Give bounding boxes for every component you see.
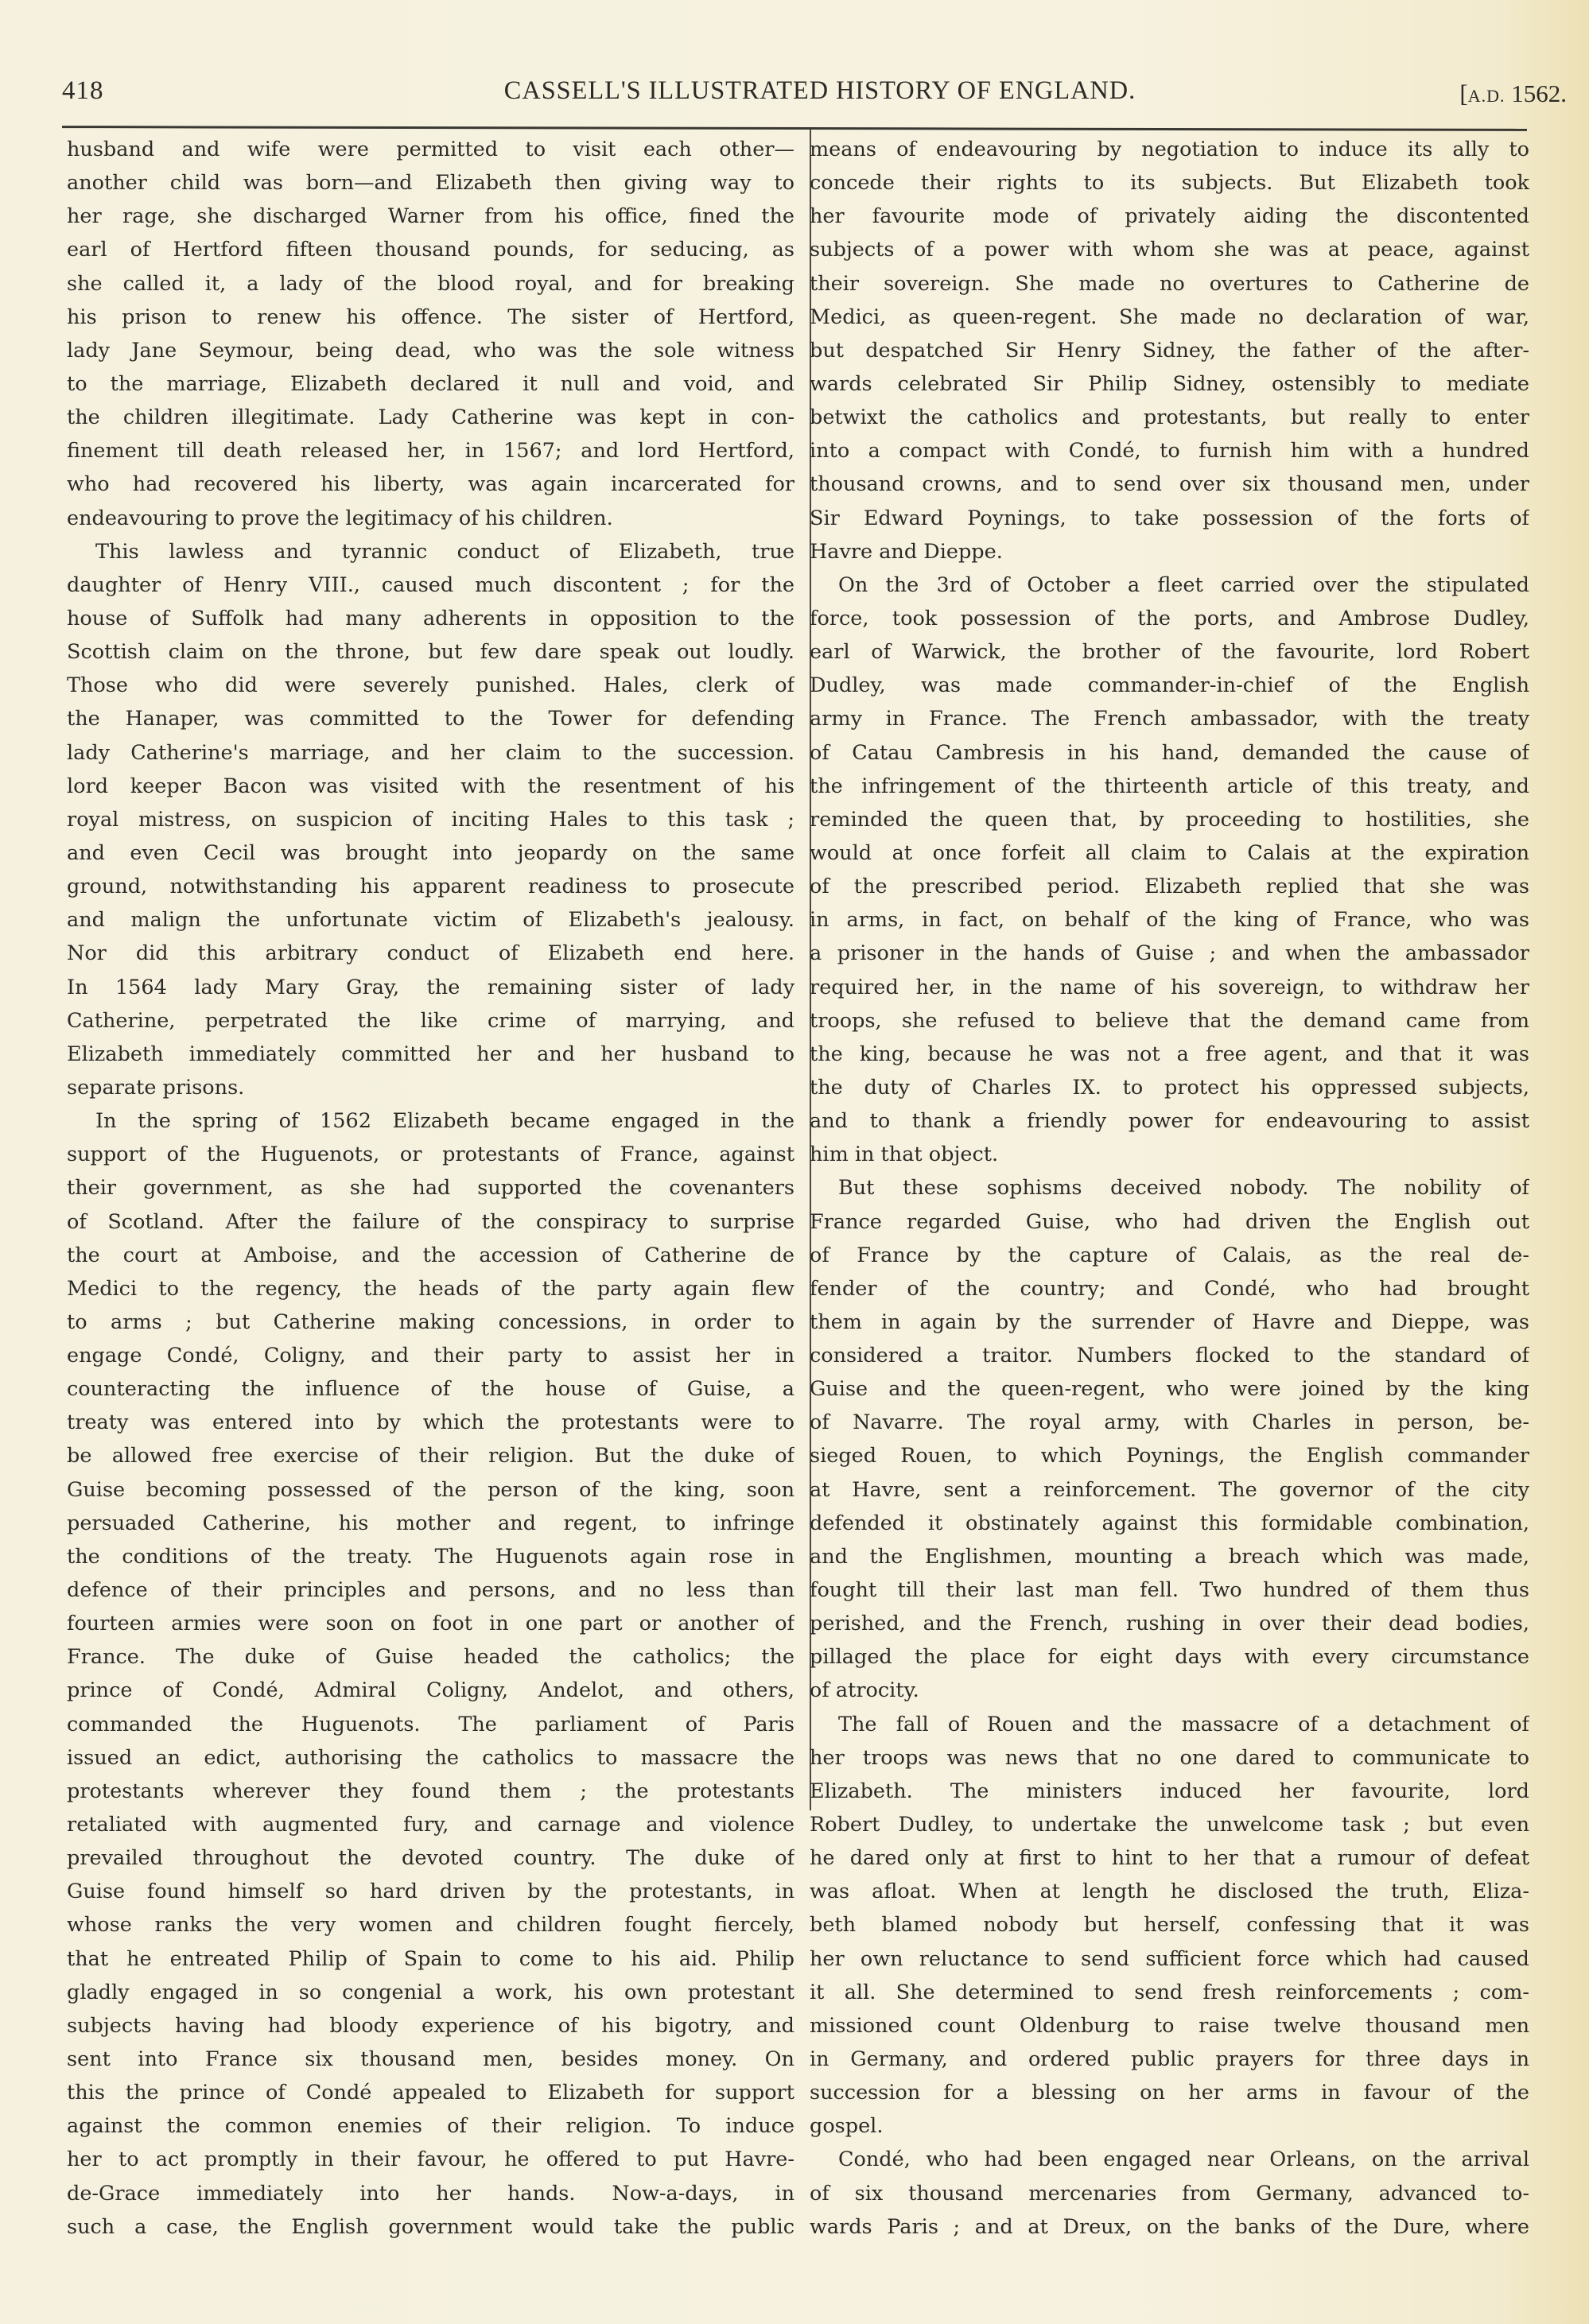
text-line: This lawless and tyrannic conduct of Eli… [67, 535, 794, 568]
text-line: their sovereign. She made no overtures t… [810, 267, 1529, 301]
text-line: the conditions of the treaty. The Huguen… [67, 1540, 794, 1573]
text-line: a prisoner in the hands of Guise ; and w… [810, 937, 1529, 970]
text-line: subjects having had bloody experience of… [67, 2009, 794, 2043]
text-line: separate prisons. [67, 1071, 794, 1104]
left-column: husband and wife were permitted to visit… [67, 133, 794, 2244]
text-line: protestants wherever they found them ; t… [67, 1775, 794, 1808]
text-line: another child was born—and Elizabeth the… [67, 166, 794, 200]
text-line: ground, notwithstanding his apparent rea… [67, 870, 794, 903]
text-line: the children illegitimate. Lady Catherin… [67, 401, 794, 434]
text-line: defence of their principles and persons,… [67, 1573, 794, 1607]
text-line: Elizabeth immediately committed her and … [67, 1038, 794, 1071]
text-line: at Havre, sent a reinforcement. The gove… [810, 1473, 1529, 1507]
text-line: army in France. The French ambassador, w… [810, 702, 1529, 735]
text-line: it all. She determined to send fresh rei… [810, 1976, 1529, 2009]
text-line: of France by the capture of Calais, as t… [810, 1239, 1529, 1272]
text-line: earl of Warwick, the brother of the favo… [810, 635, 1529, 669]
text-line: beth blamed nobody but herself, confessi… [810, 1908, 1529, 1942]
text-line: in arms, in fact, on behalf of the king … [810, 903, 1529, 937]
date-tag: [A.D. 1562. [1459, 80, 1567, 108]
text-line: gladly engaged in so congenial a work, h… [67, 1976, 794, 2009]
running-title: CASSELL'S ILLUSTRATED HISTORY OF ENGLAND… [77, 76, 1563, 106]
text-line: of the prescribed period. Elizabeth repl… [810, 870, 1529, 903]
text-line: On the 3rd of October a fleet carried ov… [810, 568, 1529, 602]
text-line: house of Suffolk had many adherents in o… [67, 602, 794, 635]
date-year: 1562. [1511, 80, 1567, 107]
text-line: him in that object. [810, 1138, 1529, 1171]
text-line: reminded the queen that, by proceeding t… [810, 803, 1529, 836]
text-line: gospel. [810, 2109, 1529, 2143]
text-line: daughter of Henry VIII., caused much dis… [67, 568, 794, 602]
text-line: to the marriage, Elizabeth declared it n… [67, 367, 794, 401]
text-line: fourteen armies were soon on foot in one… [67, 1607, 794, 1640]
text-line: them in again by the surrender of Havre … [810, 1306, 1529, 1339]
text-line: lady Jane Seymour, being dead, who was t… [67, 334, 794, 367]
text-line: royal mistress, on suspicion of inciting… [67, 803, 794, 836]
text-line: earl of Hertford fifteen thousand pounds… [67, 233, 794, 266]
text-line: fender of the country; and Condé, who ha… [810, 1272, 1529, 1306]
text-line: that he entreated Philip of Spain to com… [67, 1942, 794, 1976]
text-line: Guise becoming possessed of the person o… [67, 1473, 794, 1507]
text-line: thousand crowns, and to send over six th… [810, 468, 1529, 501]
text-line: the infringement of the thirteenth artic… [810, 770, 1529, 803]
text-line: husband and wife were permitted to visit… [67, 133, 794, 166]
text-line: prince of Condé, Admiral Coligny, Andelo… [67, 1674, 794, 1707]
text-line: of Catau Cambresis in his hand, demanded… [810, 736, 1529, 770]
text-line: endeavouring to prove the legitimacy of … [67, 502, 794, 535]
text-line: missioned count Oldenburg to raise twelv… [810, 2009, 1529, 2043]
text-line: But these sophisms deceived nobody. The … [810, 1171, 1529, 1205]
text-line: wards celebrated Sir Philip Sidney, oste… [810, 367, 1529, 401]
text-line: pillaged the place for eight days with e… [810, 1640, 1529, 1674]
text-line: Guise and the queen-regent, who were joi… [810, 1372, 1529, 1406]
text-line: and malign the unfortunate victim of Eli… [67, 903, 794, 937]
date-era: A.D. [1468, 86, 1505, 106]
text-line: into a compact with Condé, to furnish hi… [810, 434, 1529, 468]
text-line: of six thousand mercenaries from Germany… [810, 2177, 1529, 2210]
text-line: In 1564 lady Mary Gray, the remaining si… [67, 971, 794, 1004]
text-line: was afloat. When at length he disclosed … [810, 1875, 1529, 1908]
text-line: the Hanaper, was committed to the Tower … [67, 702, 794, 735]
text-line: The fall of Rouen and the massacre of a … [810, 1708, 1529, 1741]
page-header: 418 CASSELL'S ILLUSTRATED HISTORY OF ENG… [62, 76, 1578, 116]
text-line: her favourite mode of privately aiding t… [810, 200, 1529, 233]
text-line: counteracting the influence of the house… [67, 1372, 794, 1406]
text-line: perished, and the French, rushing in ove… [810, 1607, 1529, 1640]
text-line: lord keeper Bacon was visited with the r… [67, 770, 794, 803]
text-line: fought till their last man fell. Two hun… [810, 1573, 1529, 1607]
text-line: defended it obstinately against this for… [810, 1507, 1529, 1540]
text-line: Robert Dudley, to undertake the unwelcom… [810, 1808, 1529, 1841]
text-line: means of endeavouring by negotiation to … [810, 133, 1529, 166]
text-line: Sir Edward Poynings, to take possession … [810, 502, 1529, 535]
text-line: her to act promptly in their favour, he … [67, 2143, 794, 2176]
text-line: this the prince of Condé appealed to Eli… [67, 2076, 794, 2109]
date-bracket: [ [1459, 80, 1467, 107]
text-line: finement till death released her, in 156… [67, 434, 794, 468]
header-rule [62, 126, 1527, 131]
text-line: and even Cecil was brought into jeopardy… [67, 836, 794, 870]
text-line: Elizabeth. The ministers induced her fav… [810, 1775, 1529, 1808]
text-line: he dared only at first to hint to her th… [810, 1841, 1529, 1875]
text-line: who had recovered his liberty, was again… [67, 468, 794, 501]
text-line: of atrocity. [810, 1674, 1529, 1707]
text-line: Medici, as queen-regent. She made no dec… [810, 301, 1529, 334]
text-line: Catherine, perpetrated the like crime of… [67, 1004, 794, 1038]
text-line: support of the Huguenots, or protestants… [67, 1138, 794, 1171]
text-line: issued an edict, authorising the catholi… [67, 1741, 794, 1775]
text-line: Guise found himself so hard driven by th… [67, 1875, 794, 1908]
text-line: to arms ; but Catherine making concessio… [67, 1306, 794, 1339]
text-line: Scottish claim on the throne, but few da… [67, 635, 794, 669]
text-line: required her, in the name of his soverei… [810, 971, 1529, 1004]
text-line: treaty was entered into by which the pro… [67, 1406, 794, 1439]
text-line: her rage, she discharged Warner from his… [67, 200, 794, 233]
text-line: subjects of a power with whom she was at… [810, 233, 1529, 266]
text-line: of Scotland. After the failure of the co… [67, 1205, 794, 1239]
text-line: whose ranks the very women and children … [67, 1908, 794, 1942]
text-line: their government, as she had supported t… [67, 1171, 794, 1205]
text-line: Those who did were severely punished. Ha… [67, 669, 794, 702]
text-line: de-Grace immediately into her hands. Now… [67, 2177, 794, 2210]
text-line: Medici to the regency, the heads of the … [67, 1272, 794, 1306]
text-line: the duty of Charles IX. to protect his o… [810, 1071, 1529, 1104]
text-line: Nor did this arbitrary conduct of Elizab… [67, 937, 794, 970]
text-line: In the spring of 1562 Elizabeth became e… [67, 1104, 794, 1138]
text-line: succession for a blessing on her arms in… [810, 2076, 1529, 2109]
text-line: persuaded Catherine, his mother and rege… [67, 1507, 794, 1540]
text-line: sieged Rouen, to which Poynings, the Eng… [810, 1439, 1529, 1472]
text-line: would at once forfeit all claim to Calai… [810, 836, 1529, 870]
text-line: but despatched Sir Henry Sidney, the fat… [810, 334, 1529, 367]
text-line: commanded the Huguenots. The parliament … [67, 1708, 794, 1741]
text-line: against the common enemies of their reli… [67, 2109, 794, 2143]
text-line: concede their rights to its subjects. Bu… [810, 166, 1529, 200]
text-line: prevailed throughout the devoted country… [67, 1841, 794, 1875]
text-line: France regarded Guise, who had driven th… [810, 1205, 1529, 1239]
text-line: Havre and Dieppe. [810, 535, 1529, 568]
text-line: the king, because he was not a free agen… [810, 1038, 1529, 1071]
text-line: troops, she refused to believe that the … [810, 1004, 1529, 1038]
text-line: and the Englishmen, mounting a breach wh… [810, 1540, 1529, 1573]
text-line: and to thank a friendly power for endeav… [810, 1104, 1529, 1138]
text-line: retaliated with augmented fury, and carn… [67, 1808, 794, 1841]
text-line: wards Paris ; and at Dreux, on the banks… [810, 2210, 1529, 2244]
text-line: Condé, who had been engaged near Orleans… [810, 2143, 1529, 2176]
text-line: in Germany, and ordered public prayers f… [810, 2043, 1529, 2076]
right-column: means of endeavouring by negotiation to … [810, 133, 1529, 2244]
text-line: the court at Amboise, and the accession … [67, 1239, 794, 1272]
text-line: force, took possession of the ports, and… [810, 602, 1529, 635]
text-line: her troops was news that no one dared to… [810, 1741, 1529, 1775]
text-line: her own reluctance to send sufficient fo… [810, 1942, 1529, 1976]
text-line: betwixt the catholics and protestants, b… [810, 401, 1529, 434]
text-line: engage Condé, Coligny, and their party t… [67, 1339, 794, 1372]
text-line: lady Catherine's marriage, and her claim… [67, 736, 794, 770]
text-line: she called it, a lady of the blood royal… [67, 267, 794, 301]
text-line: such a case, the English government woul… [67, 2210, 794, 2244]
text-line: his prison to renew his offence. The sis… [67, 301, 794, 334]
text-line: of Navarre. The royal army, with Charles… [810, 1406, 1529, 1439]
text-line: be allowed free exercise of their religi… [67, 1439, 794, 1472]
text-line: France. The duke of Guise headed the cat… [67, 1640, 794, 1674]
text-line: Dudley, was made commander-in-chief of t… [810, 669, 1529, 702]
text-line: considered a traitor. Numbers flocked to… [810, 1339, 1529, 1372]
text-line: sent into France six thousand men, besid… [67, 2043, 794, 2076]
